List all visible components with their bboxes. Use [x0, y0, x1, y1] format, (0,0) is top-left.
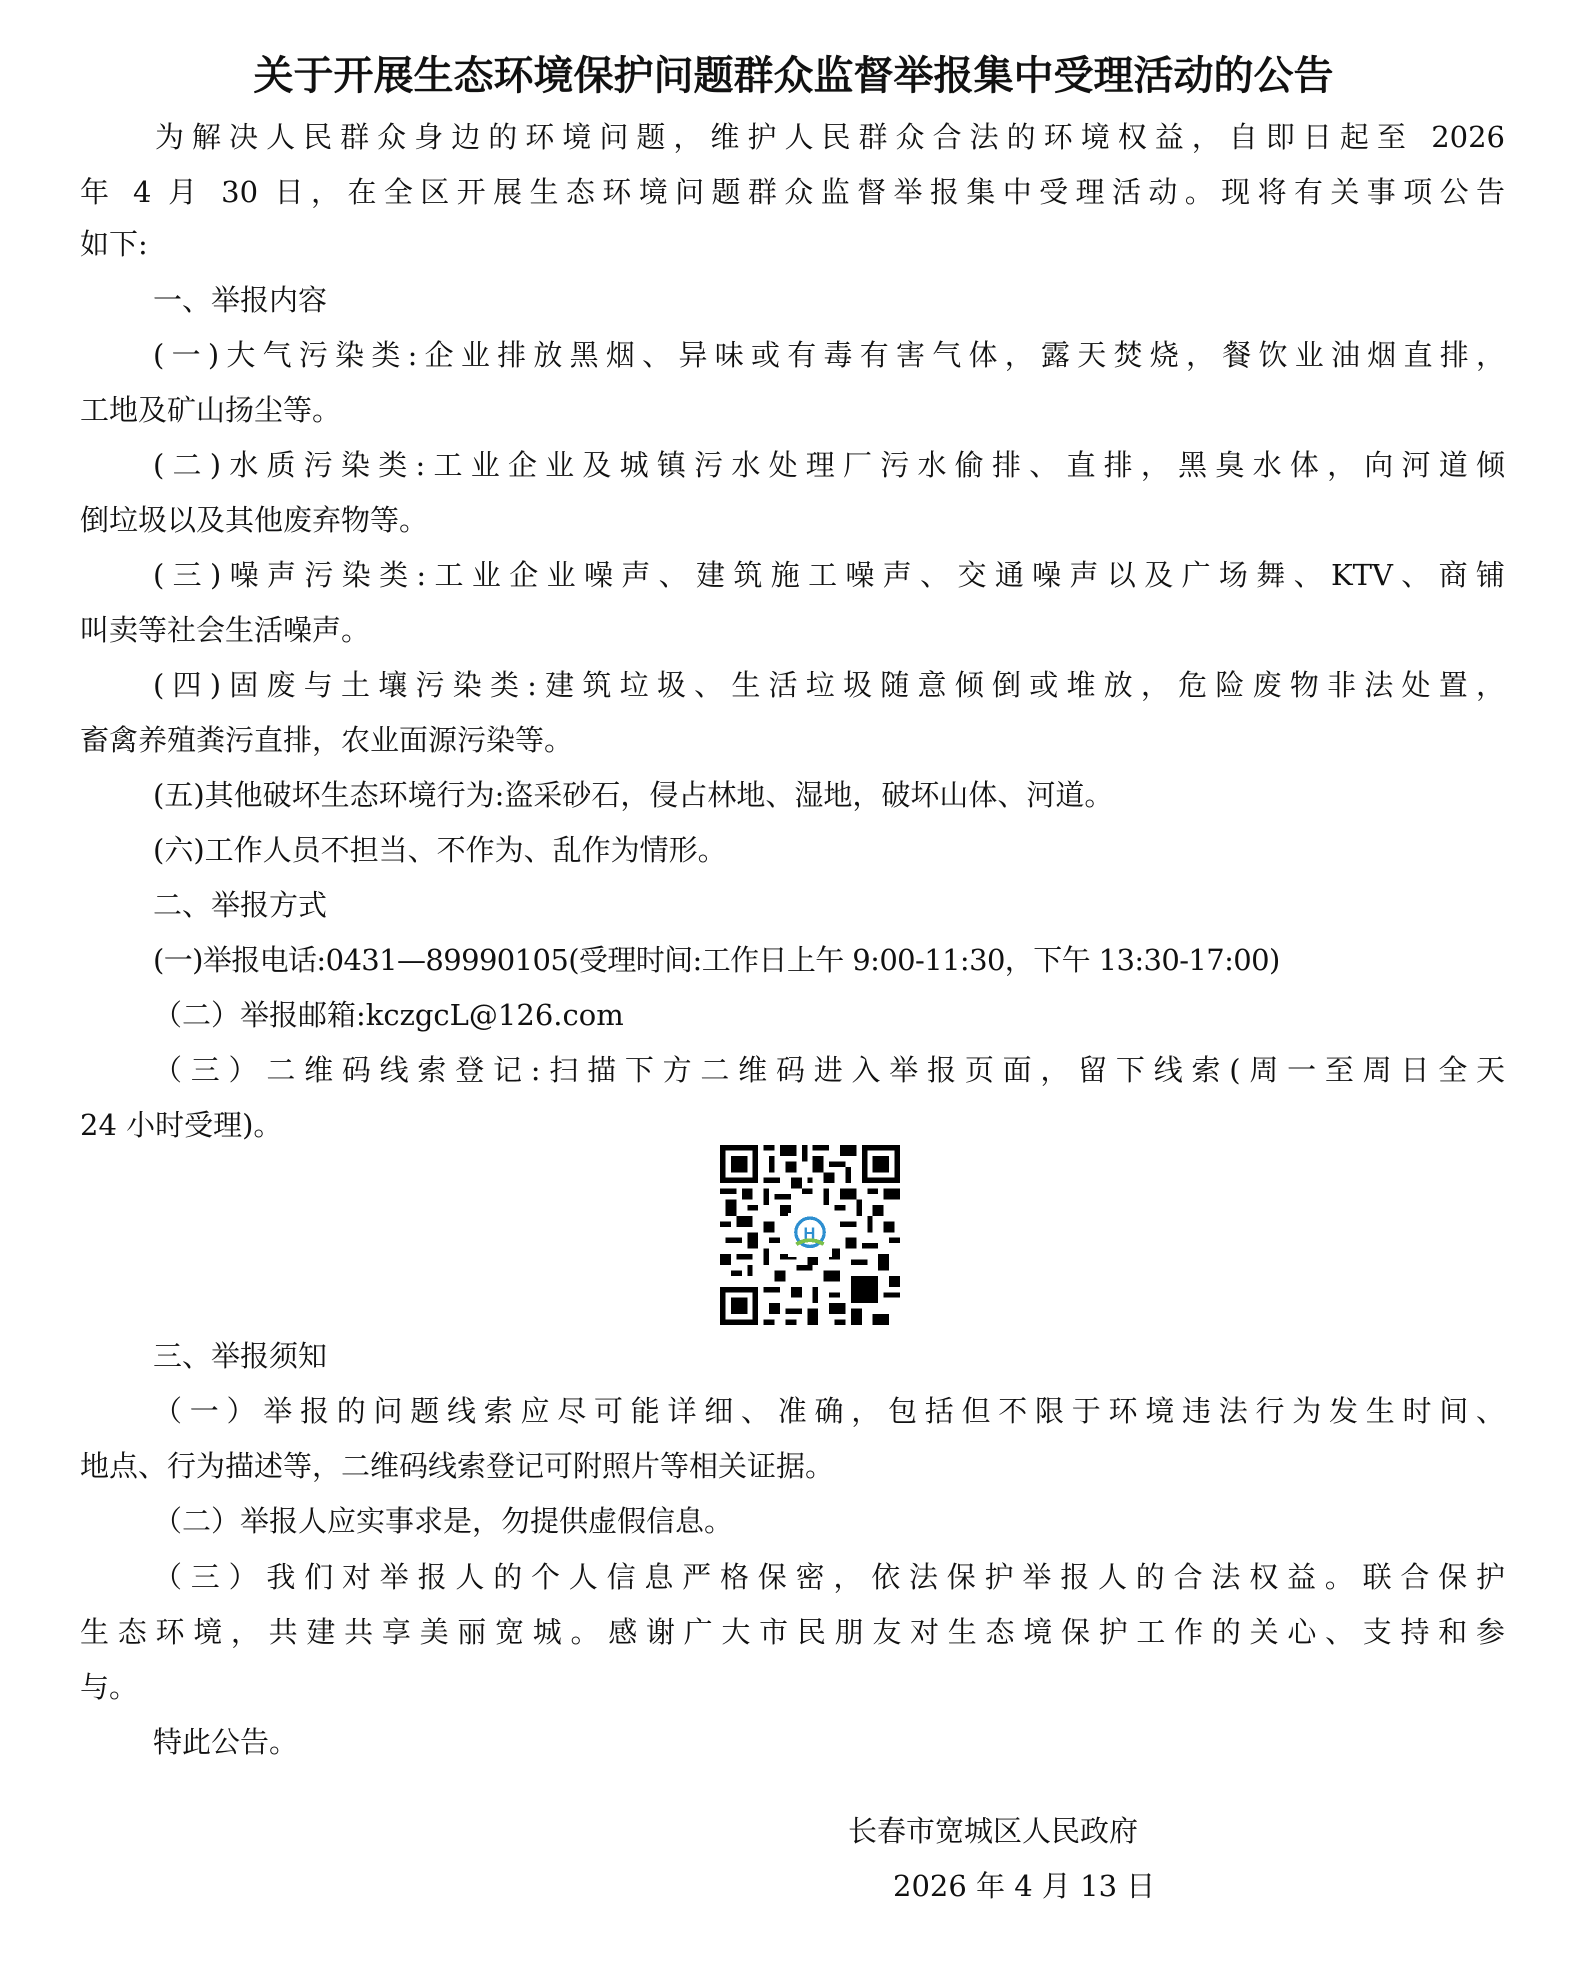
section1-item4-line2: 畜禽养殖粪污直排，农业面源污染等。	[80, 722, 573, 758]
section3-item3-line3: 与。	[80, 1669, 138, 1705]
section1-item2-line2: 倒垃圾以及其他废弃物等。	[80, 502, 428, 538]
section3-item3-line1: （三）我们对举报人的个人信息严格保密，依法保护举报人的合法权益。联合保护	[153, 1559, 1505, 1595]
section3-heading: 三、举报须知	[153, 1338, 327, 1374]
report-email-line: （二）举报邮箱:kczgcL@126.com	[153, 997, 624, 1033]
section1-item6: (六)工作人员不担当、不作为、乱作为情形。	[153, 832, 727, 868]
qr-code-icon: H	[717, 1145, 903, 1325]
report-qr-code[interactable]: H	[717, 1145, 903, 1325]
section1-item1-line1: (一)大气污染类:企业排放黑烟、异味或有毒有害气体，露天焚烧，餐饮业油烟直排，	[153, 337, 1505, 373]
section3-item3-line2: 生态环境，共建共享美丽宽城。感谢广大市民朋友对生态境保护工作的关心、支持和参	[80, 1614, 1505, 1650]
section3-item2: （二）举报人应实事求是，勿提供虚假信息。	[153, 1503, 733, 1539]
qr-registration-line2: 24 小时受理)。	[80, 1107, 282, 1143]
qr-registration-line1: （三）二维码线索登记:扫描下方二维码进入举报页面，留下线索(周一至周日全天	[153, 1052, 1505, 1088]
section1-item2-line1: (二)水质污染类:工业企业及城镇污水处理厂污水偷排、直排，黑臭水体，向河道倾	[153, 447, 1505, 483]
issue-date: 2026 年 4 月 13 日	[893, 1868, 1155, 1904]
report-phone-line: (一)举报电话:0431—89990105(受理时间:工作日上午 9:00-11…	[153, 942, 1280, 978]
section1-item4-line1: (四)固废与土壤污染类:建筑垃圾、生活垃圾随意倾倒或堆放，危险废物非法处置，	[153, 667, 1505, 703]
section1-item3-line1: (三)噪声污染类:工业企业噪声、建筑施工噪声、交通噪声以及广场舞、KTV、商铺	[153, 557, 1505, 593]
section1-item1-line2: 工地及矿山扬尘等。	[80, 392, 341, 428]
section3-item1-line1: （一）举报的问题线索应尽可能详细、准确，包括但不限于环境违法行为发生时间、	[153, 1393, 1505, 1429]
intro-line-3: 如下:	[80, 226, 148, 262]
section1-item3-line2: 叫卖等社会生活噪声。	[80, 612, 370, 648]
intro-line-2: 年 4 月 30 日，在全区开展生态环境问题群众监督举报集中受理活动。现将有关事…	[80, 174, 1505, 210]
section2-heading: 二、举报方式	[153, 887, 327, 923]
closing-statement: 特此公告。	[153, 1724, 298, 1760]
section1-item5: (五)其他破坏生态环境行为:盗采砂石，侵占林地、湿地，破坏山体、河道。	[153, 777, 1113, 813]
issuer-signature: 长春市宽城区人民政府	[848, 1813, 1138, 1849]
intro-line-1: 为解决人民群众身边的环境问题，维护人民群众合法的环境权益，自即日起至 2026	[155, 119, 1505, 155]
section1-heading: 一、举报内容	[153, 282, 327, 318]
document-title: 关于开展生态环境保护问题群众监督举报集中受理活动的公告	[0, 44, 1587, 101]
section3-item1-line2: 地点、行为描述等，二维码线索登记可附照片等相关证据。	[80, 1448, 834, 1484]
